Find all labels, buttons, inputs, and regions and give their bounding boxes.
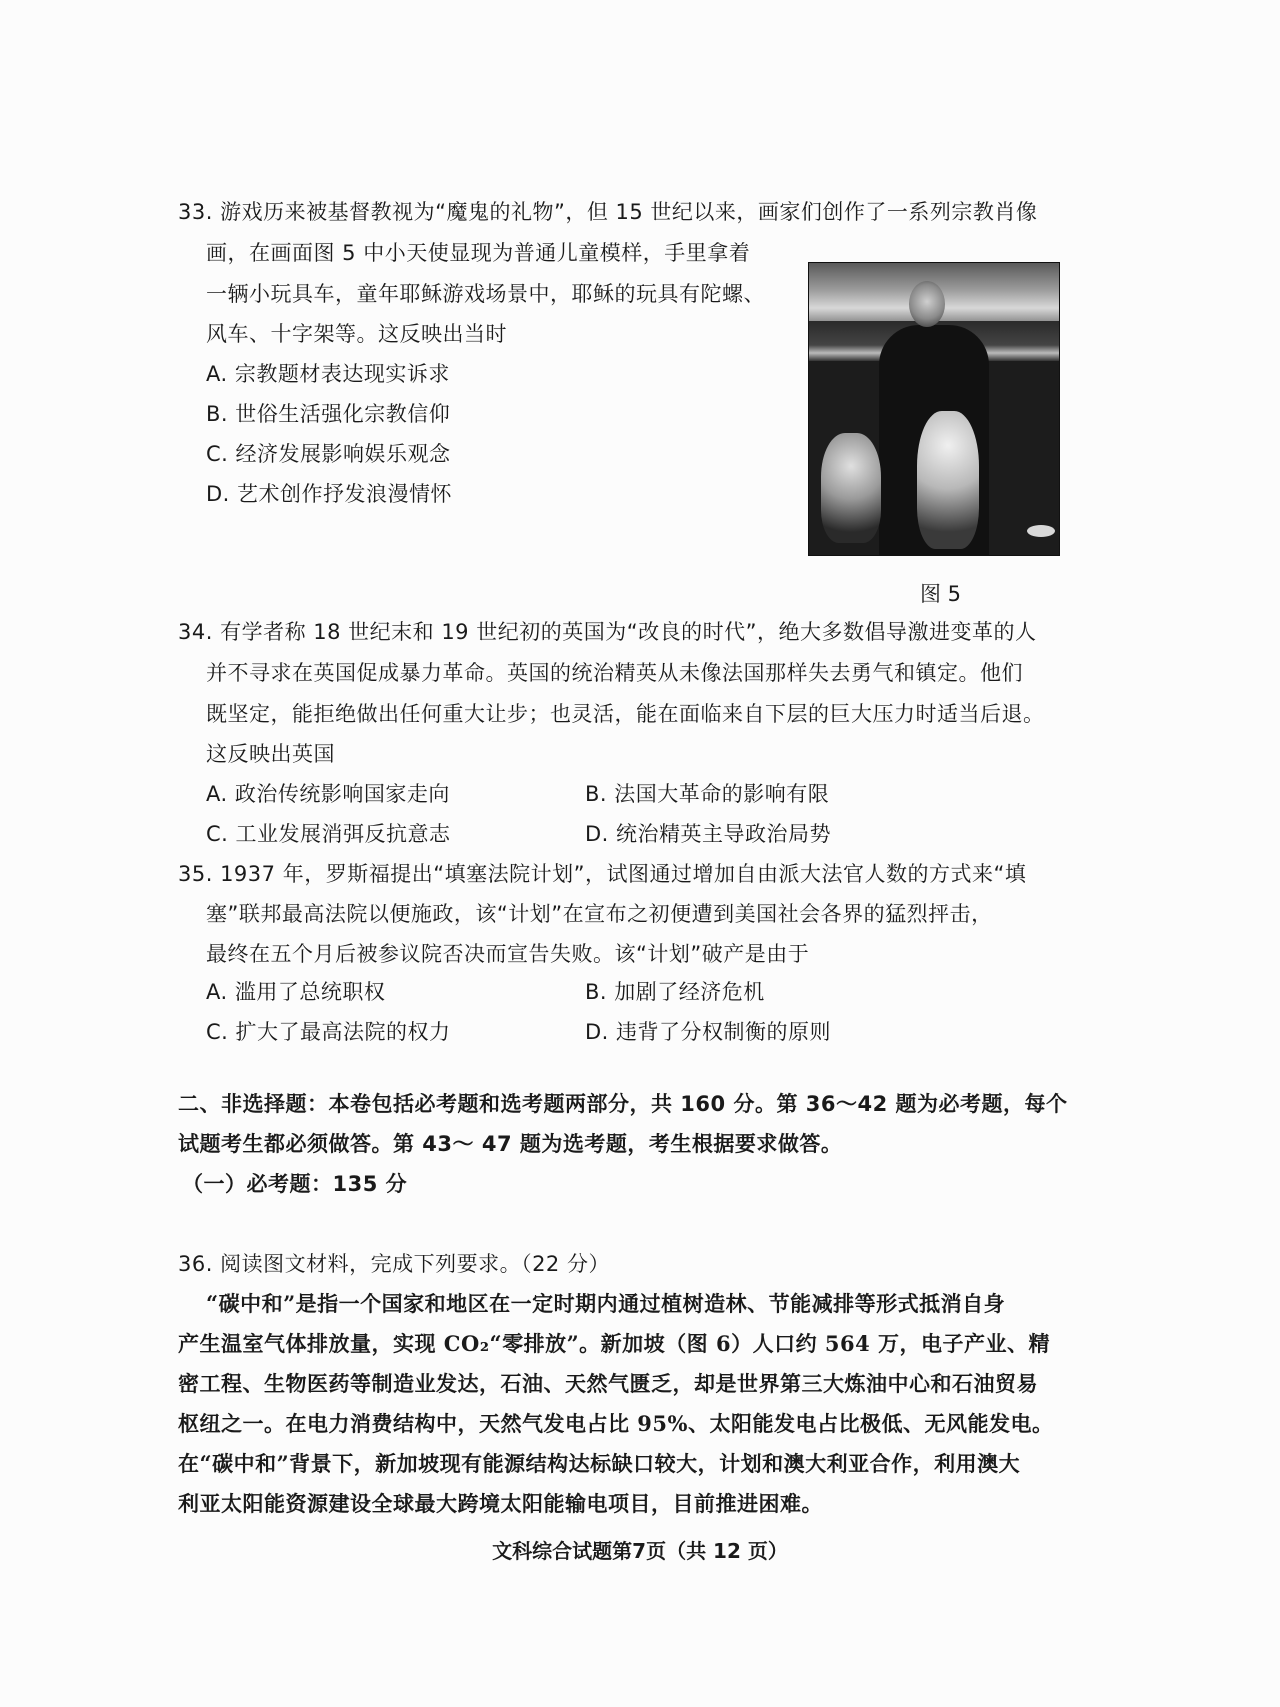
- q34-option-a: A. 政治传统影响国家走向: [206, 780, 450, 808]
- exam-page: 33. 游戏历来被基督教视为“魔鬼的礼物”，但 15 世纪以来，画家们创作了一系…: [0, 0, 1280, 1707]
- q35-option-a: A. 滥用了总统职权: [206, 978, 385, 1006]
- q35-stem-line-2: 塞”联邦最高法院以便施政，该“计划”在宣布之初便遭到美国社会各界的猛烈抨击，: [206, 900, 993, 928]
- q36-material-line-5: 在“碳中和”背景下，新加坡现有能源结构达标缺口较大，计划和澳大利亚合作，利用澳大: [178, 1450, 1020, 1478]
- q36-material-line-3: 密工程、生物医药等制造业发达，石油、天然气匮乏，却是世界第三大炼油中心和石油贸易: [178, 1370, 1038, 1398]
- page-footer: 文科综合试题第7页（共 12 页）: [0, 1537, 1280, 1565]
- q34-option-c: C. 工业发展消弭反抗意志: [206, 820, 451, 848]
- q33-stem-line-3: 一辆小玩具车，童年耶稣游戏场景中，耶稣的玩具有陀螺、: [206, 280, 765, 308]
- q33-stem-line-2: 画，在画面图 5 中小天使显现为普通儿童模样，手里拿着: [206, 239, 750, 267]
- q35-option-b: B. 加剧了经济危机: [585, 978, 765, 1006]
- q33-stem-line-1: 33. 游戏历来被基督教视为“魔鬼的礼物”，但 15 世纪以来，画家们创作了一系…: [178, 198, 1037, 226]
- q33-option-c: C. 经济发展影响娱乐观念: [206, 440, 451, 468]
- painting-child-left: [821, 433, 881, 543]
- painting-madonna-head: [909, 281, 945, 327]
- q33-option-a: A. 宗教题材表达现实诉求: [206, 360, 450, 388]
- painting-stone: [1027, 525, 1055, 537]
- q36-title: 36. 阅读图文材料，完成下列要求。（22 分）: [178, 1250, 610, 1278]
- q35-stem-line-3: 最终在五个月后被参议院否决而宣告失败。该“计划”破产是由于: [206, 940, 809, 968]
- figure-5-caption: 图 5: [920, 580, 961, 608]
- q34-option-d: D. 统治精英主导政治局势: [585, 820, 831, 848]
- q34-option-b: B. 法国大革命的影响有限: [585, 780, 829, 808]
- q35-option-d: D. 违背了分权制衡的原则: [585, 1018, 831, 1046]
- q34-stem-line-2: 并不寻求在英国促成暴力革命。英国的统治精英从未像法国那样失去勇气和镇定。他们: [206, 659, 1023, 687]
- q36-material-line-6: 利亚太阳能资源建设全球最大跨境太阳能输电项目，目前推进困难。: [178, 1490, 823, 1518]
- q36-material-line-2: 产生温室气体排放量，实现 CO₂“零排放”。新加坡（图 6）人口约 564 万，…: [178, 1330, 1050, 1358]
- section2-subheading: （一）必考题：135 分: [182, 1170, 407, 1198]
- q33-option-d: D. 艺术创作抒发浪漫情怀: [206, 480, 452, 508]
- figure-5-painting: [808, 262, 1060, 556]
- painting-child-right: [917, 411, 979, 549]
- section2-instructions-line-2: 试题考生都必须做答。第 43～ 47 题为选考题，考生根据要求做答。: [178, 1130, 842, 1158]
- q34-stem-line-1: 34. 有学者称 18 世纪末和 19 世纪初的英国为“改良的时代”，绝大多数倡…: [178, 618, 1036, 646]
- q35-stem-line-1: 35. 1937 年，罗斯福提出“填塞法院计划”，试图通过增加自由派大法官人数的…: [178, 860, 1026, 888]
- section2-instructions-line-1: 二、非选择题：本卷包括必考题和选考题两部分，共 160 分。第 36～42 题为…: [178, 1090, 1068, 1118]
- q35-option-c: C. 扩大了最高法院的权力: [206, 1018, 451, 1046]
- q36-material-line-1: “碳中和”是指一个国家和地区在一定时期内通过植树造林、节能减排等形式抵消自身: [206, 1290, 1005, 1318]
- q33-option-b: B. 世俗生活强化宗教信仰: [206, 400, 450, 428]
- q33-stem-line-4: 风车、十字架等。这反映出当时: [206, 320, 507, 348]
- q36-material-line-4: 枢纽之一。在电力消费结构中，天然气发电占比 95%、太阳能发电占比极低、无风能发…: [178, 1410, 1054, 1438]
- q34-stem-line-4: 这反映出英国: [206, 740, 335, 768]
- q34-stem-line-3: 既坚定，能拒绝做出任何重大让步；也灵活，能在面临来自下层的巨大压力时适当后退。: [206, 700, 1045, 728]
